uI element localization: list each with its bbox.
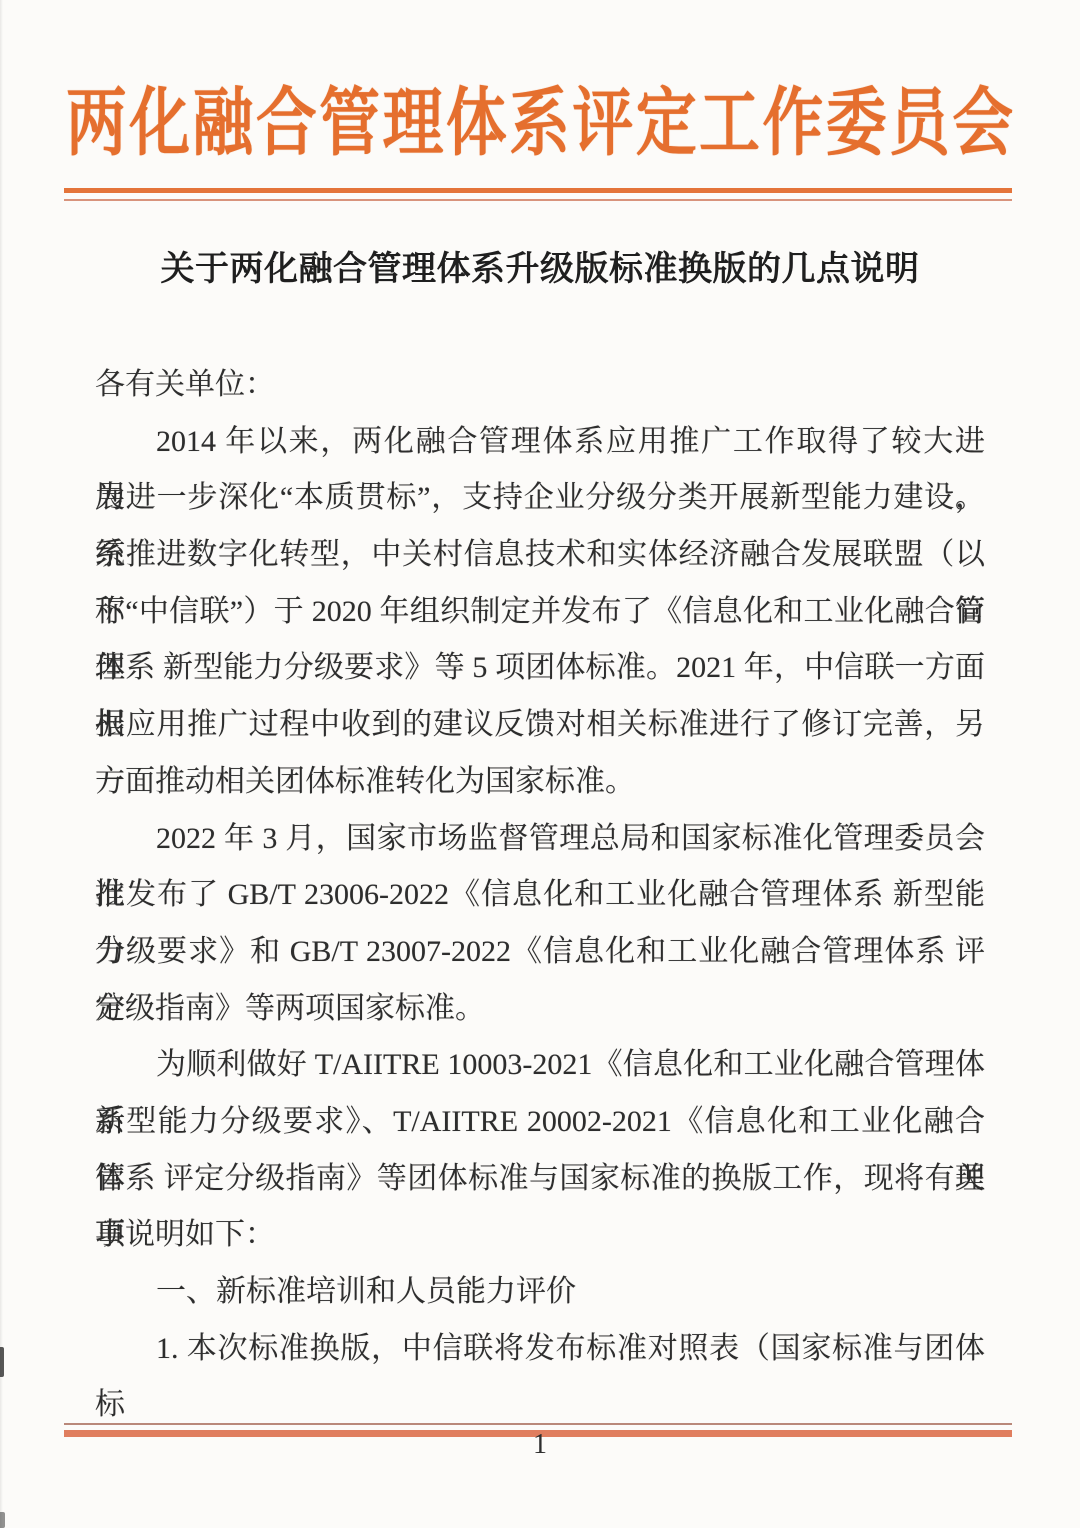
document-title: 关于两化融合管理体系升级版标准换版的几点说明 bbox=[0, 246, 1080, 292]
body-line: 各有关单位： bbox=[95, 357, 985, 414]
body-line: 分级要求》和 GB/T 23007-2022《信息化和工业化融合管理体系 评定 bbox=[95, 924, 985, 981]
body-line: 体系 新型能力分级要求》等 5 项团体标准。2021 年，中信联一方面根 bbox=[95, 640, 985, 697]
body-line: 体系 评定分级指南》等团体标准与国家标准的换版工作，现将有关事 bbox=[95, 1151, 985, 1208]
body-line: 准发布了 GB/T 23006-2022《信息化和工业化融合管理体系 新型能力 bbox=[95, 867, 985, 924]
body-line: 2022 年 3 月，国家市场监督管理总局和国家标准化管理委员会批 bbox=[95, 811, 985, 868]
body-line: 据应用推广过程中收到的建议反馈对相关标准进行了修订完善，另一 bbox=[95, 697, 985, 754]
body-line: 方面推动相关团体标准转化为国家标准。 bbox=[95, 754, 985, 811]
body-line: 1. 本次标准换版，中信联将发布标准对照表（国家标准与团体标 bbox=[95, 1321, 985, 1378]
org-header-title: 两化融合管理体系评定工作委员会 bbox=[66, 80, 1014, 168]
body-line: 分级指南》等两项国家标准。 bbox=[95, 981, 985, 1038]
body-line: 为进一步深化“本质贯标”，支持企业分级分类开展新型能力建设，系 bbox=[95, 470, 985, 527]
body-line: 为顺利做好 T/AIITRE 10003-2021《信息化和工业化融合管理体系 bbox=[95, 1037, 985, 1094]
footer-rule-thin bbox=[64, 1423, 1012, 1425]
page-number: 1 bbox=[0, 1428, 1080, 1462]
body-line: 项说明如下： bbox=[95, 1207, 985, 1264]
header-rule-thin bbox=[64, 199, 1012, 201]
document-body: 各有关单位：2014 年以来，两化融合管理体系应用推广工作取得了较大进展。为进一… bbox=[95, 357, 985, 1377]
body-line: 统推进数字化转型，中关村信息技术和实体经济融合发展联盟（以下简 bbox=[95, 527, 985, 584]
body-line: 2014 年以来，两化融合管理体系应用推广工作取得了较大进展。 bbox=[95, 414, 985, 471]
body-line: 称“中信联”）于 2020 年组织制定并发布了《信息化和工业化融合管理 bbox=[95, 584, 985, 641]
scan-artifact-mark bbox=[0, 1512, 5, 1528]
body-line: 新型能力分级要求》、T/AIITRE 20002-2021《信息化和工业化融合管… bbox=[95, 1094, 985, 1151]
body-line: 一、新标准培训和人员能力评价 bbox=[95, 1264, 985, 1321]
scan-artifact-mark bbox=[0, 1347, 4, 1377]
document-page: 两化融合管理体系评定工作委员会 关于两化融合管理体系升级版标准换版的几点说明 各… bbox=[0, 0, 1080, 1528]
header-rule-thick bbox=[64, 188, 1012, 193]
